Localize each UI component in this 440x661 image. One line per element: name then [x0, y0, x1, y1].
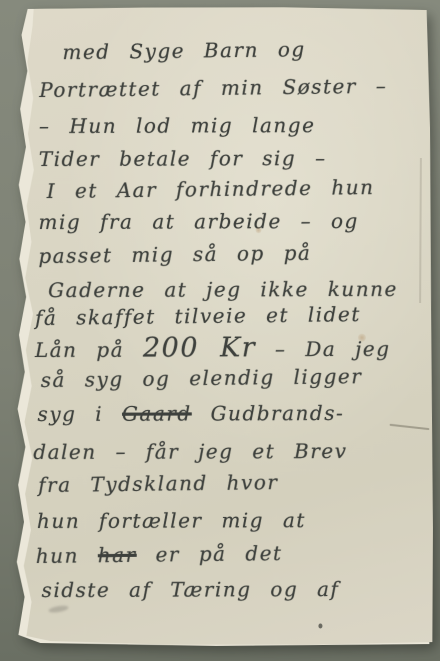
struck-word: har [98, 543, 137, 567]
letter-line: passet mig så op på [38, 241, 311, 268]
photo-backdrop: med Syge Barn ogPortrættet af min Søster… [0, 0, 440, 661]
letter-line: hun fortæller mig at [37, 508, 306, 533]
letter-word-segment: med Syge Barn og [62, 37, 306, 64]
letter-line: fra Tydskland hvor [38, 470, 278, 497]
letter-word-segment: passet mig så op på [38, 241, 311, 268]
ink-dot [318, 623, 322, 628]
letter-word-segment: Tider betale for sig – [39, 146, 327, 171]
letter-word-segment: Gudbrands- [192, 401, 345, 426]
letter-line: I et Aar forhindrede hun [47, 175, 375, 203]
letter-line: sidste af Tæring og af [42, 577, 340, 602]
letter-line: mig fra at arbeide – og [39, 209, 359, 234]
letter-word-segment: Portrættet af min Søster – [39, 74, 387, 102]
letter-line: så syg og elendig ligger [41, 364, 363, 392]
letter-word-segment: så syg og elendig ligger [41, 364, 363, 392]
letter-line: hun har er på det [36, 541, 283, 568]
struck-word: Gaard [122, 401, 192, 425]
letter-word-segment: I et Aar forhindrede hun [47, 175, 375, 203]
letter-line: syg i Gaard Gudbrands- [37, 401, 344, 426]
letter-word-segment: hun [36, 543, 98, 568]
letter-line: få skaffet tilveie et lidet [35, 302, 361, 330]
letter-text: med Syge Barn ogPortrættet af min Søster… [20, 6, 437, 646]
letter-line: Gaderne at jeg ikke kunne [48, 277, 398, 302]
letter-word-segment: – Hun lod mig lange [39, 113, 315, 138]
letter-word-segment: hun fortæller mig at [37, 508, 306, 533]
letter-line: – Hun lod mig lange [39, 113, 315, 138]
stain [358, 334, 366, 342]
letter-word-segment: er på det [137, 541, 283, 567]
letter-word-segment: mig fra at arbeide – og [39, 209, 359, 234]
letter-word-segment: syg i [37, 402, 122, 426]
letter-line: dalen – får jeg et Brev [33, 439, 347, 464]
paper-sheet: med Syge Barn ogPortrættet af min Søster… [20, 6, 437, 646]
letter-word-segment: Lån på [35, 338, 143, 362]
letter-word-segment: få skaffet tilveie et lidet [35, 302, 361, 330]
letter-line: Portrættet af min Søster – [39, 74, 387, 102]
letter-word-segment: 200 Kr [143, 332, 256, 363]
letter-line: med Syge Barn og [62, 37, 306, 64]
letter-line: Tider betale for sig – [39, 146, 327, 171]
letter-word-segment: Gaderne at jeg ikke kunne [48, 277, 398, 302]
letter-word-segment: – Da jeg [256, 337, 390, 361]
letter-paper: med Syge Barn ogPortrættet af min Søster… [20, 6, 437, 647]
letter-line: Lån på 200 Kr – Da jeg [35, 332, 391, 364]
letter-word-segment: dalen – får jeg et Brev [33, 439, 347, 464]
stain [255, 227, 261, 233]
letter-word-segment: fra Tydskland hvor [38, 470, 278, 497]
letter-word-segment: sidste af Tæring og af [42, 577, 340, 602]
photo-background: { "colors": { "background_top": "#868a7d… [0, 0, 440, 661]
